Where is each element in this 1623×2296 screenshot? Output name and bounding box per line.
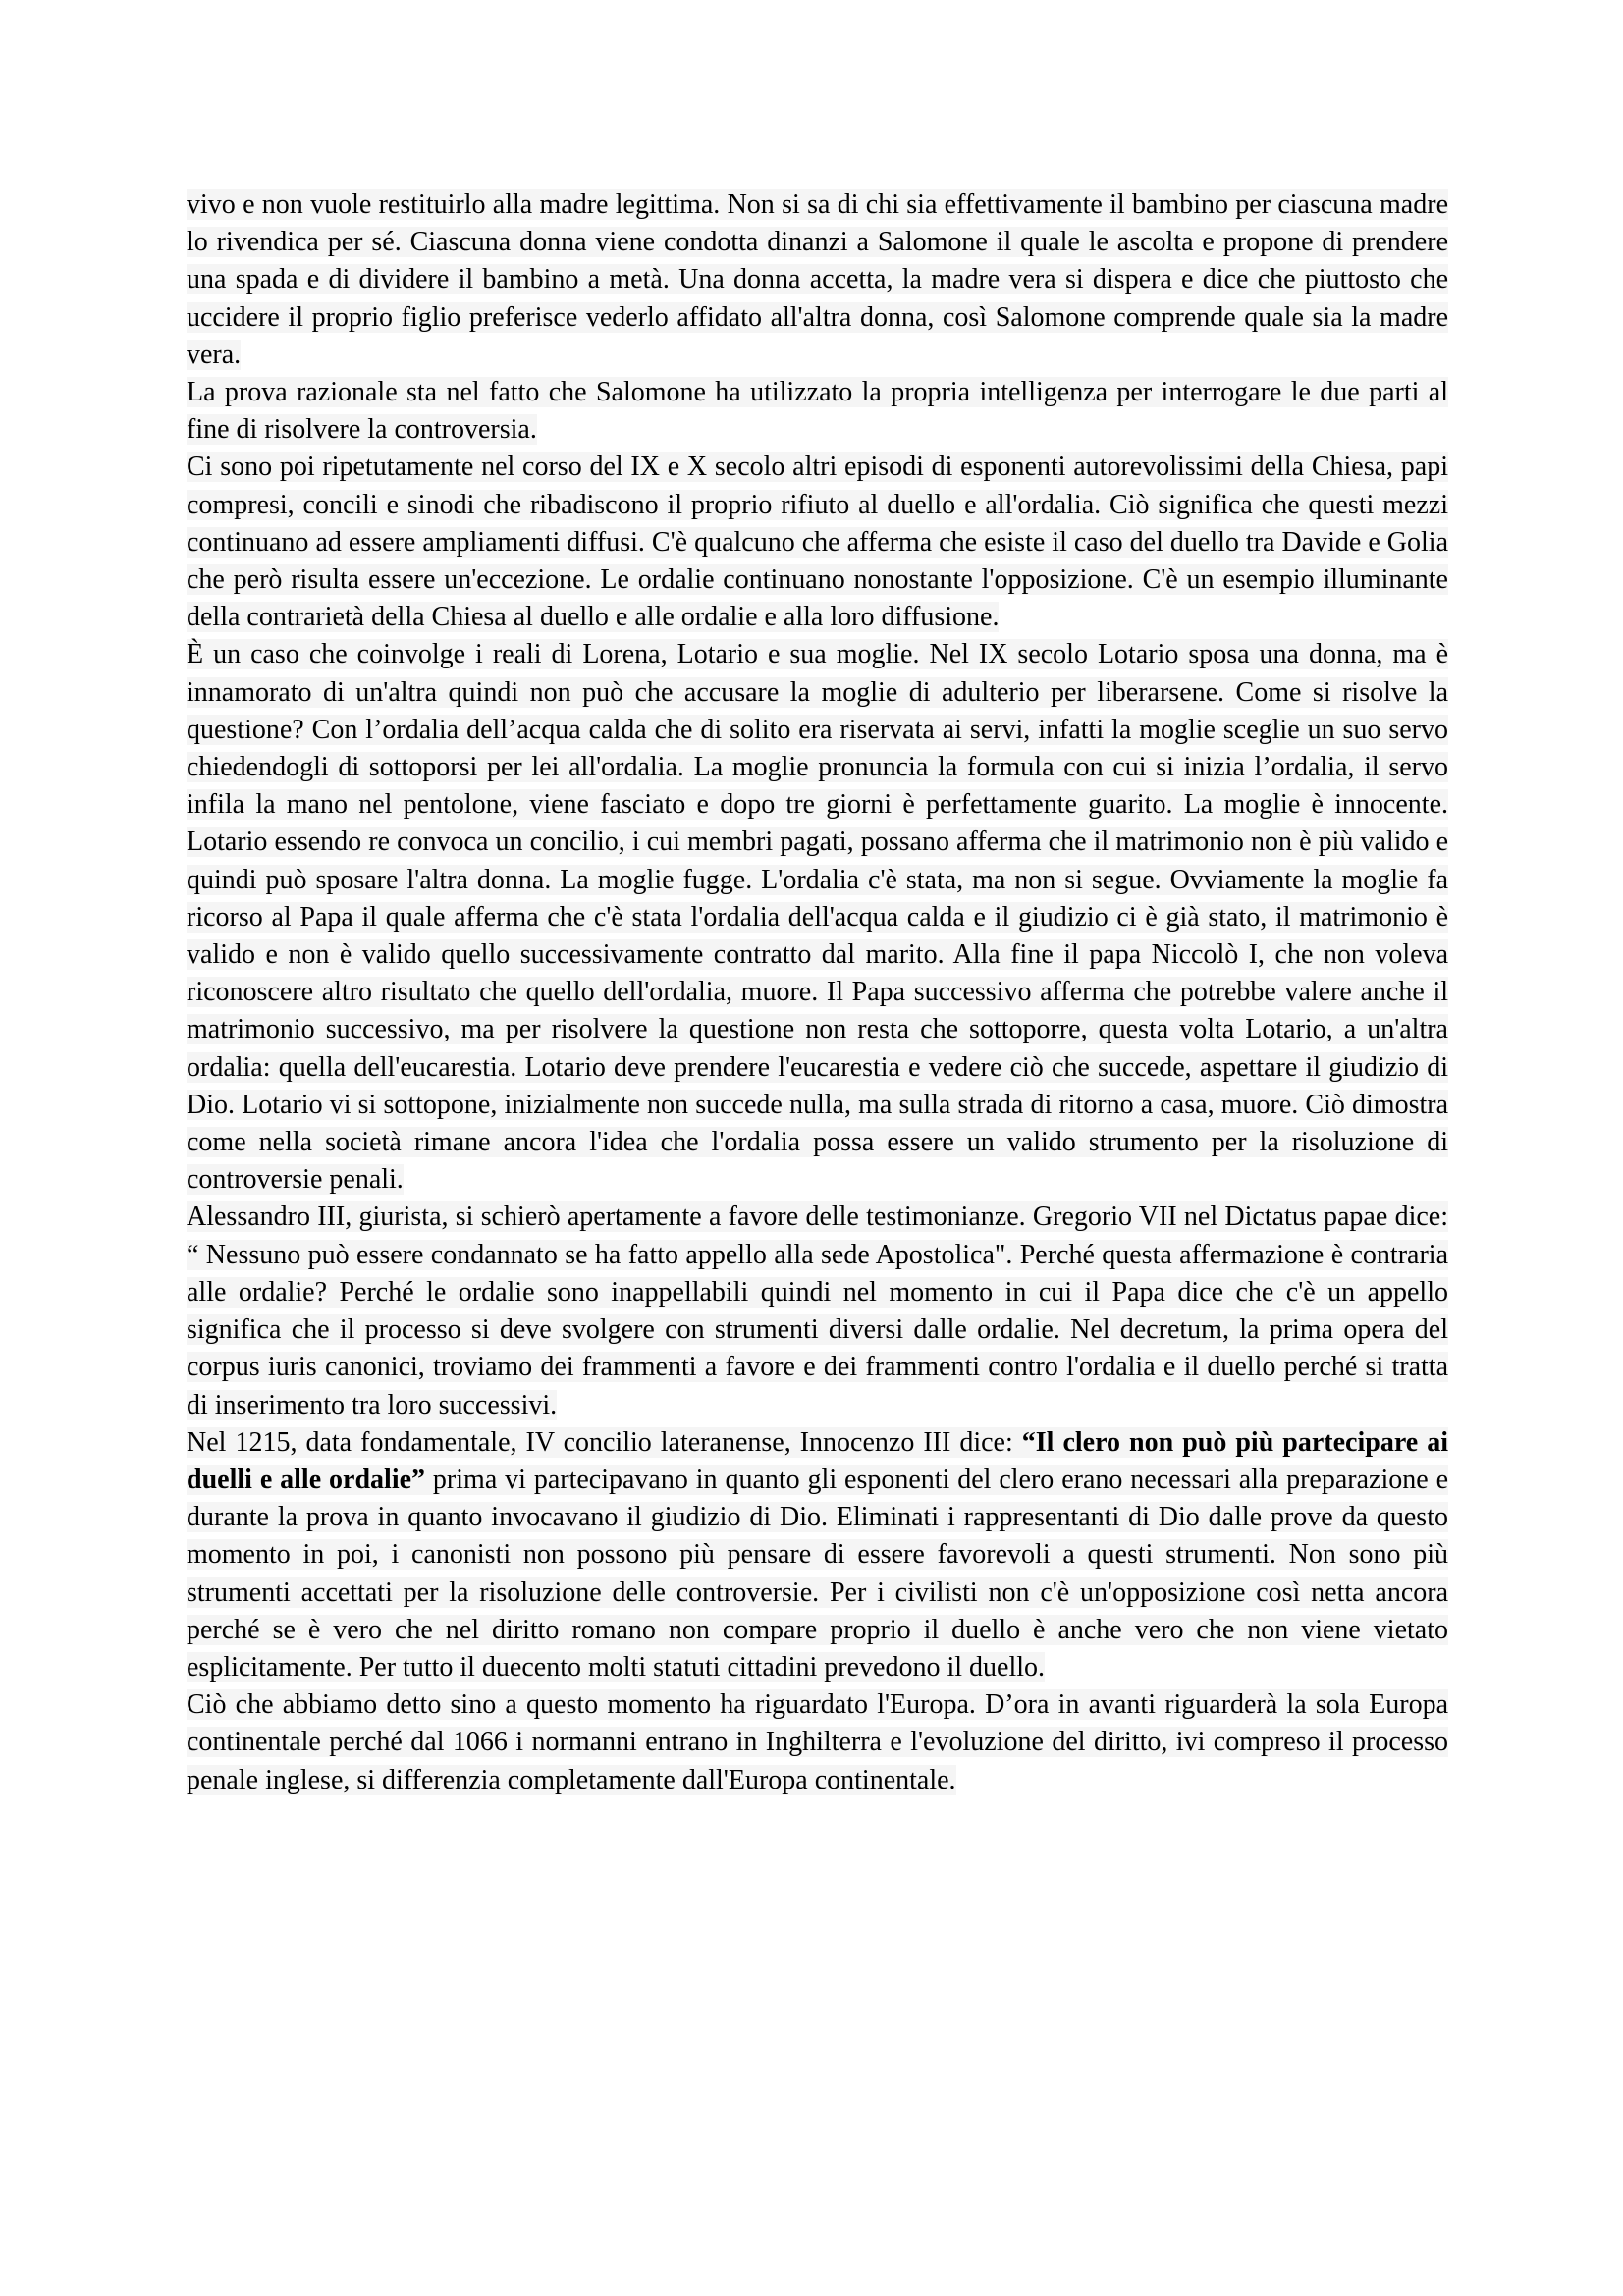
paragraph-6-text-after-quote: prima vi partecipavano in quanto gli esp… (187, 1465, 1448, 1682)
paragraph-6: Nel 1215, data fondamentale, IV concilio… (187, 1424, 1448, 1686)
paragraph-5: Alessandro III, giurista, si schierò ape… (187, 1199, 1448, 1423)
paragraph-5-text: Alessandro III, giurista, si schierò ape… (187, 1201, 1448, 1419)
paragraph-2: La prova razionale sta nel fatto che Sal… (187, 374, 1448, 449)
paragraph-3: Ci sono poi ripetutamente nel corso del … (187, 449, 1448, 636)
paragraph-7: Ciò che abbiamo detto sino a questo mome… (187, 1686, 1448, 1799)
document-page: vivo e non vuole restituirlo alla madre … (0, 0, 1623, 2296)
text-block: vivo e non vuole restituirlo alla madre … (187, 187, 1448, 1799)
paragraph-4: È un caso che coinvolge i reali di Loren… (187, 636, 1448, 1199)
paragraph-4-text: È un caso che coinvolge i reali di Loren… (187, 639, 1448, 1195)
paragraph-7-text: Ciò che abbiamo detto sino a questo mome… (187, 1689, 1448, 1794)
paragraph-1-text: vivo e non vuole restituirlo alla madre … (187, 189, 1448, 370)
paragraph-1: vivo e non vuole restituirlo alla madre … (187, 187, 1448, 374)
paragraph-3-text: Ci sono poi ripetutamente nel corso del … (187, 452, 1448, 632)
paragraph-2-text: La prova razionale sta nel fatto che Sal… (187, 377, 1448, 445)
paragraph-6-text-before-quote: Nel 1215, data fondamentale, IV concilio… (187, 1427, 1022, 1458)
